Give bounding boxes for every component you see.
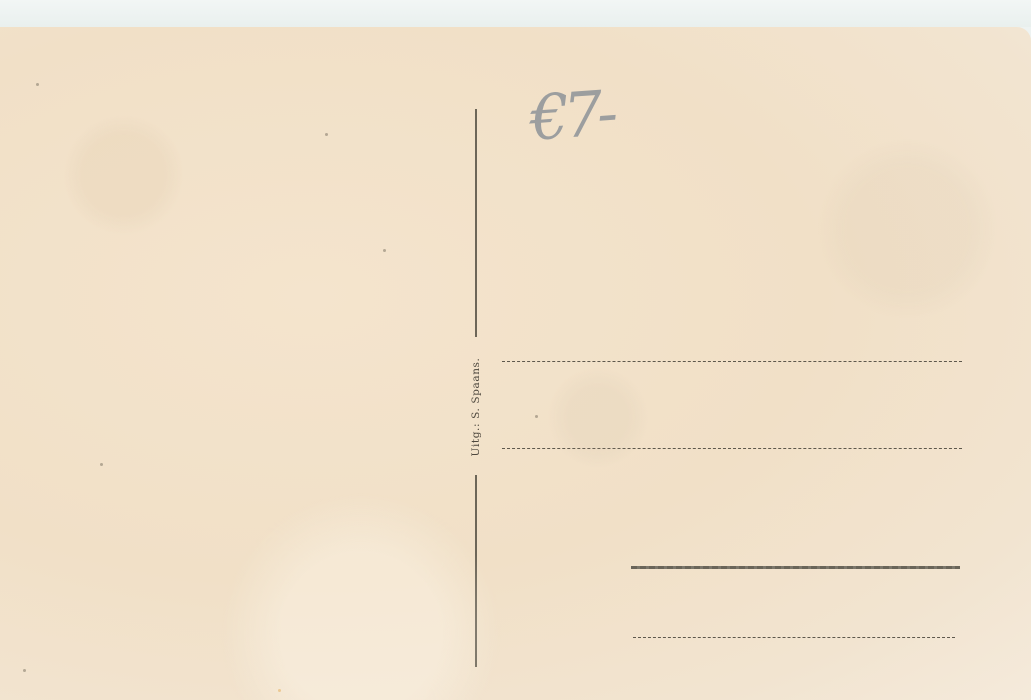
handwritten-price-note: €7-: [528, 76, 615, 155]
paper-speck: [535, 415, 538, 418]
address-line-4: [633, 637, 955, 638]
paper-speck: [325, 133, 328, 136]
address-line-3-solid: [631, 566, 960, 569]
scan-background: [0, 0, 1031, 27]
address-line-2: [502, 448, 962, 449]
center-divider-lower: [475, 475, 477, 667]
postcard-back: €7- Uitg.: S. Spaans.: [0, 27, 1031, 700]
center-divider-upper: [475, 109, 477, 337]
paper-speck: [278, 689, 281, 692]
address-line-1: [502, 361, 962, 362]
paper-speck: [383, 249, 386, 252]
paper-speck: [36, 83, 39, 86]
paper-speck: [100, 463, 103, 466]
paper-speck: [23, 669, 26, 672]
publisher-imprint: Uitg.: S. Spaans.: [470, 358, 482, 457]
